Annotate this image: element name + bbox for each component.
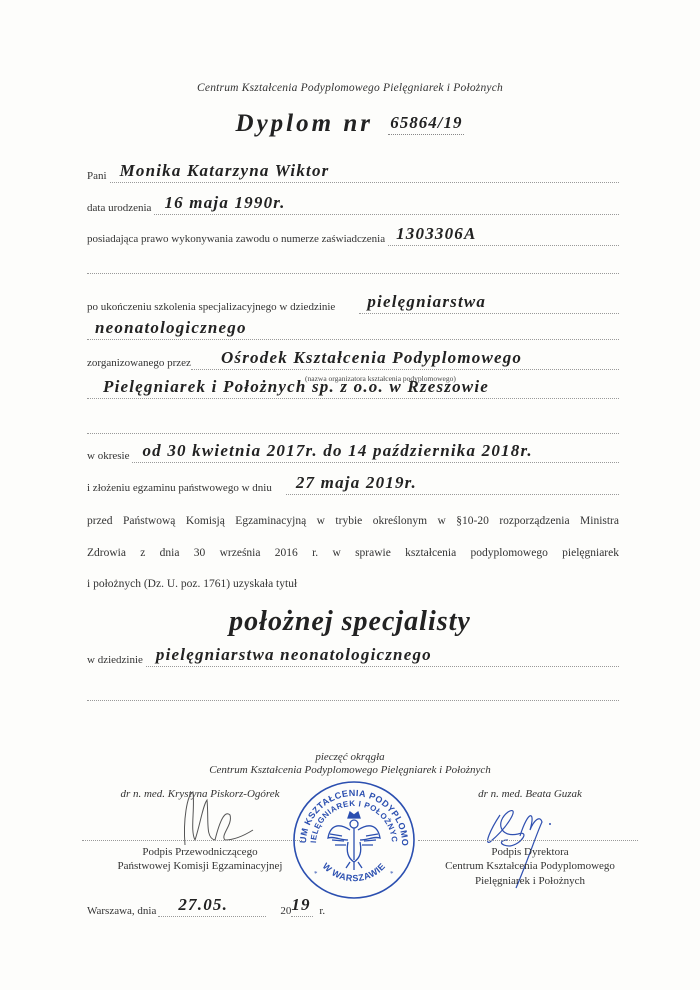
diploma-number: 65864/19	[388, 113, 464, 135]
blank-dotted-line-3	[87, 700, 619, 701]
period-row: w okresie od 30 kwietnia 2017r. do 14 pa…	[87, 448, 619, 463]
body-line-3: i położnych (Dz. U. poz. 1761) uzyskała …	[87, 579, 619, 591]
diploma-title-label: Dyplom nr	[236, 110, 373, 137]
exam-value: 27 maja 2019r.	[296, 473, 417, 493]
organizer-label: zorganizowanego przez	[87, 357, 191, 370]
footer-date-row: Warszawa, dnia 27.05. 20 19 r.	[87, 902, 325, 917]
left-signatory-role: Podpis Przewodniczącego Państwowej Komis…	[80, 845, 320, 874]
exam-label: i złożeniu egzaminu państwowego w dniu	[87, 482, 272, 495]
svg-text:*: *	[314, 870, 318, 878]
body-line-2: Zdrowia z dnia 30 września 2016 r. w spr…	[87, 548, 619, 560]
specialization-value-2: neonatologicznego	[95, 318, 247, 338]
awarded-title: położnej specjalisty	[0, 606, 700, 638]
svg-text:*: *	[390, 870, 394, 878]
birth-label: data urodzenia	[87, 202, 151, 215]
field-of-row: w dziedzinie pielęgniarstwa neonatologic…	[87, 652, 619, 667]
name-value: Monika Katarzyna Wiktor	[120, 161, 330, 181]
organizer-value-1: Ośrodek Kształcenia Podyplomowego	[221, 348, 522, 368]
diploma-title: Dyplom nr 65864/19	[0, 110, 700, 138]
organizer-row-2: Pielęgniarek i Położnych sp. z o.o. w Rz…	[87, 384, 619, 399]
right-signature-line	[418, 840, 638, 841]
specialization-row-2: neonatologicznego	[87, 325, 619, 340]
organizer-row: zorganizowanego przez Ośrodek Kształceni…	[87, 355, 619, 370]
right-role-line-1: Podpis Dyrektora	[410, 845, 650, 859]
specialization-value-1: pielęgniarstwa	[367, 292, 486, 312]
organizer-value-2: Pielęgniarek i Położnych sp. z o.o. w Rz…	[103, 377, 489, 397]
year-suffix: r.	[319, 905, 325, 917]
license-row: posiadająca prawo wykonywania zawodu o n…	[87, 231, 619, 246]
blank-dotted-line	[87, 273, 619, 274]
date-value: 27.05.	[178, 895, 228, 915]
right-signatory-name: dr n. med. Beata Guzak	[420, 788, 640, 800]
right-signatory-role: Podpis Dyrektora Centrum Kształcenia Pod…	[410, 845, 650, 888]
specialization-label: po ukończeniu szkolenia specjalizacyjneg…	[87, 301, 335, 314]
seal-caption-2: Centrum Kształcenia Podyplomowego Pielęg…	[0, 764, 700, 776]
birth-row: data urodzenia 16 maja 1990r.	[87, 200, 619, 215]
blank-dotted-line-2	[87, 433, 619, 434]
official-seal: CENTRUM KSZTAŁCENIA PODYPLOMOWEGO PIELĘG…	[290, 778, 418, 902]
period-value: od 30 kwietnia 2017r. do 14 października…	[142, 441, 532, 461]
field-of-label: w dziedzinie	[87, 654, 143, 667]
license-value: 1303306A	[396, 224, 476, 244]
name-label: Pani	[87, 170, 107, 183]
license-label: posiadająca prawo wykonywania zawodu o n…	[87, 233, 385, 246]
specialization-row: po ukończeniu szkolenia specjalizacyjneg…	[87, 299, 619, 314]
place-label: Warszawa, dnia	[87, 905, 156, 917]
left-signature-line	[82, 840, 302, 841]
year-value: 19	[291, 895, 310, 915]
body-line-1: przed Państwową Komisją Egzaminacyjną w …	[87, 516, 619, 528]
right-role-line-2: Centrum Kształcenia Podyplomowego	[410, 859, 650, 873]
seal-caption-1: pieczęć okrągła	[0, 751, 700, 763]
left-role-line-2: Państwowej Komisji Egzaminacyjnej	[80, 859, 320, 873]
period-label: w okresie	[87, 450, 129, 463]
institution-header: Centrum Kształcenia Podyplomowego Pielęg…	[0, 82, 700, 94]
left-signature-scribble	[165, 790, 255, 850]
left-role-line-1: Podpis Przewodniczącego	[80, 845, 320, 859]
year-prefix: 20	[280, 905, 291, 917]
field-of-value: pielęgniarstwa neonatologicznego	[156, 645, 432, 665]
name-row: Pani Monika Katarzyna Wiktor	[87, 168, 619, 183]
right-role-line-3: Pielęgniarek i Położnych	[410, 874, 650, 888]
exam-row: i złożeniu egzaminu państwowego w dniu 2…	[87, 480, 619, 495]
birth-value: 16 maja 1990r.	[164, 193, 285, 213]
